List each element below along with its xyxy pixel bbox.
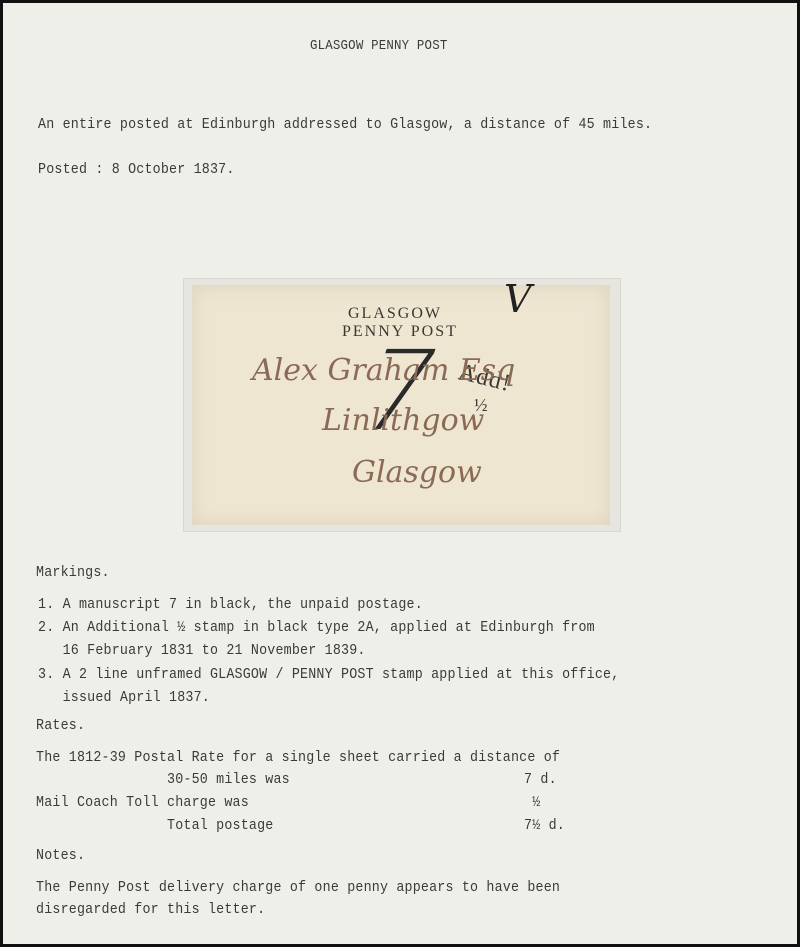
intro-text: An entire posted at Edinburgh addressed … bbox=[38, 117, 652, 133]
marking-item: issued April 1837. bbox=[38, 690, 210, 706]
notes-line: The Penny Post delivery charge of one pe… bbox=[36, 880, 560, 896]
address-line-3: Glasgow bbox=[352, 455, 482, 490]
address-line-1: Alex Graham Esq bbox=[252, 353, 515, 388]
marking-item: 1. A manuscript 7 in black, the unpaid p… bbox=[38, 597, 423, 613]
marking-item: 2. An Additional ½ stamp in black type 2… bbox=[38, 620, 595, 636]
rates-intro: The 1812-39 Postal Rate for a single she… bbox=[36, 750, 560, 766]
notes-line: disregarded for this letter. bbox=[36, 902, 265, 918]
address-line-2: Linlithgow bbox=[322, 403, 484, 438]
rate-row-label: Mail Coach Toll charge was bbox=[36, 795, 249, 811]
album-page: GLASGOW PENNY POST An entire posted at E… bbox=[3, 3, 797, 944]
rate-row-label: 30-50 miles was bbox=[36, 772, 290, 788]
notes-heading: Notes. bbox=[36, 848, 85, 864]
posted-date: Posted : 8 October 1837. bbox=[38, 162, 235, 178]
rate-row-label: Total postage bbox=[36, 818, 274, 834]
rates-heading: Rates. bbox=[36, 718, 85, 734]
markings-heading: Markings. bbox=[36, 565, 110, 581]
rate-row-value: ½ bbox=[524, 795, 540, 811]
manuscript-corner-mark: V bbox=[504, 277, 531, 321]
page-title: GLASGOW PENNY POST bbox=[310, 39, 447, 54]
marking-item: 16 February 1831 to 21 November 1839. bbox=[38, 643, 366, 659]
rate-row-value: 7½ d. bbox=[524, 818, 565, 834]
postal-cover-image: GLASGOW PENNY POST V Add! ½ 7 Alex Graha… bbox=[192, 285, 610, 525]
rate-row-value: 7 d. bbox=[524, 772, 557, 788]
marking-item: 3. A 2 line unframed GLASGOW / PENNY POS… bbox=[38, 667, 619, 683]
glasgow-stamp-line1: GLASGOW bbox=[348, 305, 442, 323]
